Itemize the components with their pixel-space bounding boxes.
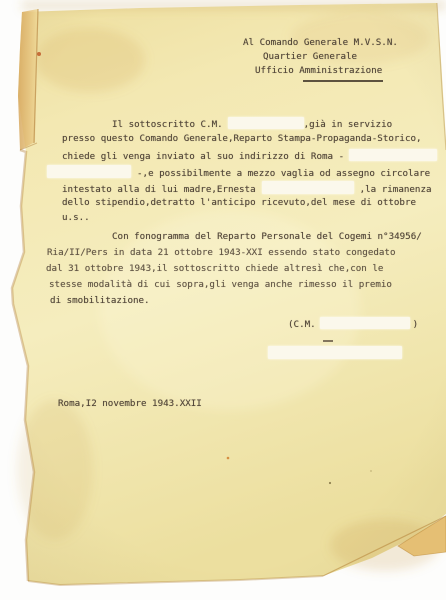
redaction-box [228,117,304,129]
body-line: u.s.. [62,212,90,224]
body-line: Ria/II/Pers in data 21 ottobre 1943-XXI … [47,247,395,259]
body-line: dello stipendio,detratto l'anticipo rice… [62,197,416,209]
addressee-line-2: Quartier Generale [263,51,357,63]
signature-dash [323,340,333,342]
body-line: presso questo Comando Generale,Reparto S… [62,133,422,145]
date-line: Roma,I2 novembre 1943.XXII [58,398,202,410]
body-line: intestato alla di lui madre,Ernesta,la r… [62,181,432,196]
signature-line: (C.M.) [288,317,418,331]
body-line: Con fonogramma del Reparto Personale del… [112,231,422,243]
redaction-box [320,317,410,329]
body-line: -,e possibilmente a mezzo vaglia od asse… [47,165,430,180]
body-line: dal 31 ottobre 1943,il sottoscritto chie… [46,263,383,275]
redaction-box [262,181,354,194]
body-line: Il sottoscritto C.M.,già in servizio [112,117,392,131]
redaction-box [268,346,402,359]
redaction-box [47,165,131,178]
scanned-letter: Al Comando Generale M.V.S.N. Quartier Ge… [0,0,446,600]
body-line: stesse modalità di cui sopra,gli venga a… [49,279,392,291]
addressee-line-3: Ufficio Amministrazione [255,65,382,77]
body-line: di smobilitazione. [50,295,150,307]
header-underline [303,80,383,82]
body-line: chiede gli venga inviato al suo indirizz… [62,149,437,163]
redaction-box [349,149,437,161]
addressee-line-1: Al Comando Generale M.V.S.N. [243,37,398,49]
